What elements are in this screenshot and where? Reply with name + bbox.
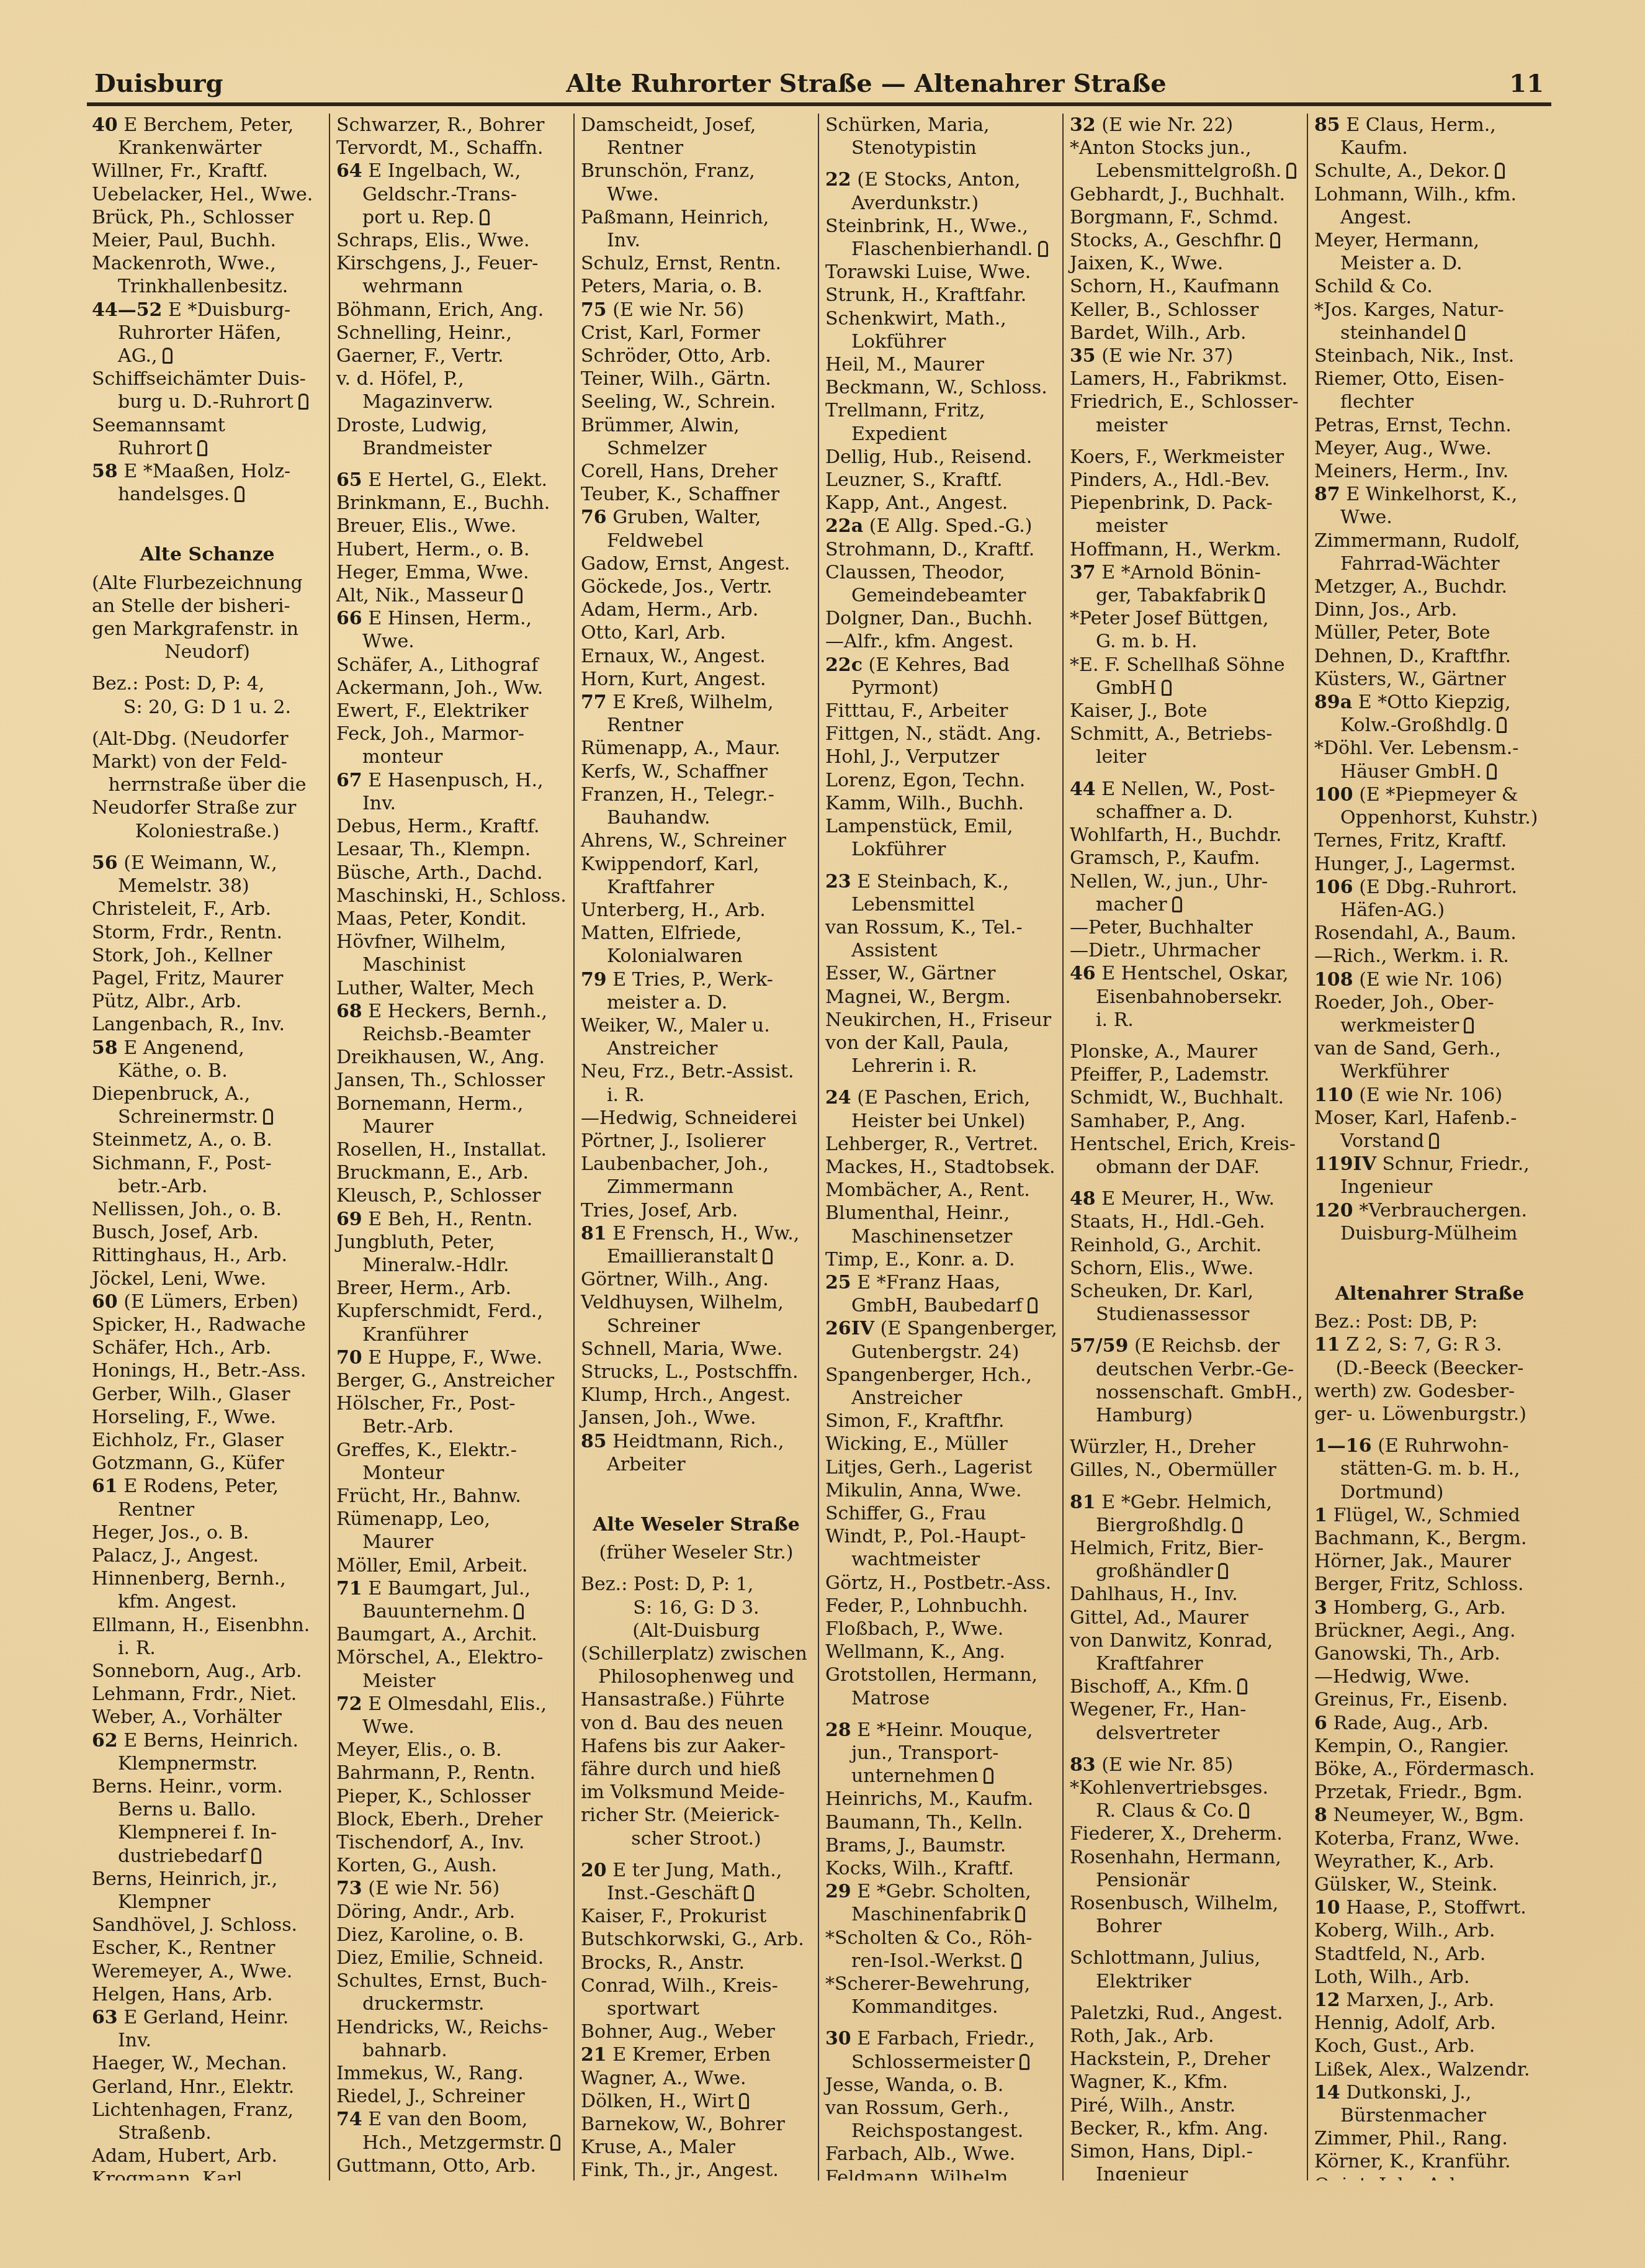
directory-entry-line: im Volksmund Meide- [581, 1781, 812, 1804]
directory-entry-line: Diez, Emilie, Schneid. [336, 1946, 567, 1969]
house-number: 85 [581, 1431, 607, 1452]
directory-entry-line: ger- u. Löwenburgstr.) [1314, 1403, 1545, 1426]
entry-text: Pütz, Albr., Arb. [92, 991, 241, 1012]
directory-entry-line: ren-Isol.-Werkst. [825, 1950, 1056, 1973]
entry-text: Maschinski, H., Schloss. [336, 885, 567, 907]
entry-text: Wwe. [1340, 506, 1392, 528]
entry-text: Reichspostangest. [851, 2120, 1023, 2142]
directory-entry-line: Rosellen, H., Installat. [336, 1138, 567, 1161]
directory-entry-line: Weyrather, K., Arb. [1314, 1850, 1545, 1873]
directory-entry-line: Helgen, Hans, Arb. [92, 1983, 323, 2006]
entry-text: Hennig, Adolf, Arb. [1314, 2012, 1496, 2034]
directory-entry-line: Hörner, Jak., Maurer [1314, 1550, 1545, 1573]
directory-entry-line: 6 Rade, Aug., Arb. [1314, 1712, 1545, 1735]
entry-text: Bruckmann, E., Arb. [336, 1162, 529, 1184]
directory-entry-line: Tries, Josef, Arb. [581, 1199, 812, 1222]
directory-entry-line: Kirschgens, J., Feuer- [336, 252, 567, 275]
entry-text: Sonneborn, Aug., Arb. [92, 1660, 302, 1682]
directory-entry-line: Hamburg) [1070, 1404, 1301, 1427]
entry-text: Diez, Emilie, Schneid. [336, 1947, 544, 1969]
entry-text: Dolgner, Dan., Buchh. [825, 608, 1033, 629]
entry-text: Jaixen, K., Wwe. [1070, 253, 1223, 274]
directory-entry-line: Fitttau, F., Arbeiter [825, 700, 1056, 722]
directory-entry-line: Feck, Joh., Marmor- [336, 722, 567, 745]
directory-entry-line: Rümenapp, Leo, [336, 1508, 567, 1531]
directory-entry-line: Trellmann, Fritz, [825, 399, 1056, 422]
entry-text: handelsges. [118, 484, 230, 505]
directory-entry-line: Kempin, O., Rangier. [1314, 1735, 1545, 1758]
directory-entry-line: Schnell, Maria, Wwe. [581, 1338, 812, 1361]
entry-text: Z 2, S: 7, G: R 3. [1340, 1334, 1502, 1356]
directory-entry-line: (Alte Flurbezeichnung [92, 572, 323, 595]
directory-entry-line: Torawski Luise, Wwe. [825, 261, 1056, 284]
telephone-bell-icon [1218, 1563, 1228, 1579]
entry-text: Kupferschmidt, Ferd., [336, 1300, 543, 1322]
directory-entry-line: *Kohlenvertriebsges. [1070, 1776, 1301, 1799]
directory-entry-line: Windt, P., Pol.-Haupt- [825, 1525, 1056, 1548]
directory-entry-line: (Schillerplatz) zwischen [581, 1642, 812, 1665]
entry-text: Dutkonski, J., [1340, 2082, 1472, 2104]
directory-entry-line: herrnstraße über die [92, 773, 323, 796]
entry-text: Bischoff, A., Kfm. [1070, 1676, 1232, 1698]
directory-entry-line: S: 20, G: D 1 u. 2. [92, 696, 323, 719]
entry-text: Feldwebel [607, 530, 704, 552]
entry-text: Petras, Ernst, Techn. [1314, 415, 1512, 436]
directory-entry-line: 65 E Hertel, G., Elekt. [336, 469, 567, 492]
entry-text: Frücht, Hr., Bahnw. [336, 1485, 521, 1507]
entry-text: Bardet, Wilh., Arb. [1070, 322, 1247, 344]
directory-entry-line: *E. F. Schellhaß Söhne [1070, 654, 1301, 677]
entry-text: (Alt-Dbg. (Neudorfer [92, 728, 289, 750]
entry-text: Kranführer [362, 1324, 468, 1346]
entry-text: Sandhövel, J. Schloss. [92, 1914, 297, 1936]
telephone-bell-icon [1232, 1517, 1242, 1533]
entry-text: Klump, Hrch., Angest. [581, 1384, 791, 1406]
directory-entry-line: Ternes, Fritz, Kraftf. [1314, 829, 1545, 852]
directory-entry-line: Gramsch, P., Kaufm. [1070, 847, 1301, 870]
house-number: 44 [1070, 778, 1096, 800]
entry-text: Guttmann, Otto, Arb. [336, 2155, 536, 2177]
entry-text: Debus, Herm., Kraftf. [336, 816, 539, 837]
directory-entry-line: 69 E Beh, H., Rentn. [336, 1208, 567, 1231]
directory-entry-line: unternehmen [825, 1765, 1056, 1788]
entry-text: gen Markgrafenstr. in [92, 618, 298, 640]
directory-entry-line: Schultes, Ernst, Buch- [336, 1969, 567, 1992]
house-number: 35 [1070, 345, 1096, 367]
entry-text: i. R. [118, 1637, 156, 1659]
directory-entry-line: Baumann, Th., Kelln. [825, 1811, 1056, 1834]
entry-text: E Hertel, G., Elekt. [362, 469, 547, 491]
directory-entry-line: van Rossum, Gerh., [825, 2097, 1056, 2120]
entry-text: kfm. Angest. [118, 1591, 237, 1613]
directory-entry-line: Kerfs, W., Schaffner [581, 760, 812, 783]
entry-text: Palacz, J., Angest. [92, 1545, 259, 1567]
entry-text: richer Str. (Meierick- [581, 1804, 779, 1826]
entry-text: Lamers, H., Fabrikmst. [1070, 368, 1288, 390]
entry-text: Ernaux, W., Angest. [581, 646, 766, 667]
entry-text: E Gerland, Heinr. [118, 2007, 289, 2028]
directory-entry-line: 81 E *Gebr. Helmich, [1070, 1491, 1301, 1514]
entry-text: Immekus, W., Rang. [336, 2063, 524, 2084]
entry-text: Jungbluth, Peter, [336, 1231, 495, 1253]
entry-text: Keller, B., Schlosser [1070, 299, 1258, 321]
house-number: 12 [1314, 1989, 1340, 2011]
directory-entry-line: Diez, Karoline, o. B. [336, 1924, 567, 1946]
directory-entry-line: Körner, K., Kranführ. [1314, 2150, 1545, 2173]
entry-text: Wicking, E., Müller [825, 1433, 1008, 1455]
entry-text: Pyrmont) [851, 677, 939, 699]
directory-entry-line: 73 (E wie Nr. 56) [336, 1877, 567, 1900]
house-number: 70 [336, 1347, 362, 1369]
directory-entry-line: 71 E Baumgart, Jul., [336, 1577, 567, 1600]
house-number: 29 [825, 1881, 851, 1902]
entry-text: Klempnermstr. [118, 1753, 258, 1775]
entry-text: Storm, Frdr., Rentn. [92, 922, 282, 943]
directory-entry-line: Teuber, K., Schaffner [581, 483, 812, 506]
directory-entry-line: meister [1070, 515, 1301, 538]
directory-entry-line: Meyer, Aug., Wwe. [1314, 437, 1545, 460]
directory-entry-line: Lehberger, R., Vertret. [825, 1133, 1056, 1156]
telephone-bell-icon [1237, 1678, 1247, 1694]
entry-text: E Kremer, Erben [607, 2044, 771, 2066]
entry-text: Tries, Josef, Arb. [581, 1200, 738, 1222]
entry-text: monteur [362, 746, 442, 768]
entry-text: *Scholten & Co., Röh- [825, 1927, 1032, 1949]
directory-entry-line: Inst.-Geschäft [581, 1882, 812, 1905]
directory-entry-line: Dreikhausen, W., Ang. [336, 1046, 567, 1069]
directory-entry-line: Emaillieranstalt [581, 1245, 812, 1268]
house-number: 57/59 [1070, 1335, 1128, 1357]
entry-text: Schulte, A., Dekor. [1314, 160, 1490, 182]
directory-entry-line: Frücht, Hr., Bahnw. [336, 1485, 567, 1508]
directory-entry-line: Pfeiffer, P., Lademstr. [1070, 1063, 1301, 1086]
entry-text: —Rich., Werkm. i. R. [1314, 945, 1509, 967]
directory-entry-line: Maschinski, H., Schloss. [336, 884, 567, 907]
directory-entry-line: Maas, Peter, Kondit. [336, 907, 567, 930]
entry-text: i. R. [607, 1084, 645, 1106]
entry-text: (E wie Nr. 22) [1096, 114, 1233, 136]
entry-text: Philosophenweg und [598, 1666, 794, 1688]
directory-entry-line: Wohlfarth, H., Buchdr. [1070, 824, 1301, 847]
entry-text: (E Ruhrwohn- [1372, 1435, 1509, 1457]
entry-text: Spangenberger, Hch., [825, 1364, 1032, 1386]
entry-text: Willner, Fr., Kraftf. [92, 160, 268, 182]
entry-text: Beckmann, W., Schloss. [825, 377, 1047, 398]
directory-entry-line: —Alfr., kfm. Angest. [825, 630, 1056, 653]
entry-text: Göckede, Jos., Vertr. [581, 576, 773, 598]
directory-entry-line: Horseling, F., Wwe. [92, 1406, 323, 1429]
entry-text: macher [1096, 894, 1167, 916]
directory-entry-line: Wwe. [336, 630, 567, 653]
entry-text: Hafens bis zur Aaker- [581, 1735, 786, 1757]
entry-text: Corell, Hans, Dreher [581, 461, 778, 482]
entry-text: Brocks, R., Anstr. [581, 1952, 745, 1974]
directory-entry-line: Block, Eberh., Dreher [336, 1808, 567, 1831]
telephone-bell-icon [1162, 680, 1172, 696]
directory-entry-line: Crist, Karl, Former [581, 322, 812, 344]
telephone-bell-icon [1239, 1802, 1249, 1819]
telephone-bell-icon [263, 1109, 273, 1125]
entry-text: Seeling, W., Schrein. [581, 391, 776, 413]
entry-text: Tischendorf, A., Inv. [336, 1832, 524, 1853]
entry-text: Reinhold, G., Archit. [1070, 1235, 1262, 1256]
entry-text: Mineralw.-Hdlr. [362, 1254, 509, 1276]
directory-entry-line: dustriebedarf [92, 1845, 323, 1868]
street-name: Alte Schanze [140, 544, 274, 565]
directory-entry-line: Beckmann, W., Schloss. [825, 376, 1056, 399]
directory-entry-line: 14 Dutkonski, J., [1314, 2081, 1545, 2104]
entry-text: Dahlhaus, H., Inv. [1070, 1583, 1238, 1605]
directory-entry-line: Koterba, Franz, Wwe. [1314, 1827, 1545, 1850]
house-number: 63 [92, 2007, 118, 2028]
entry-text: van de Sand, Gerh., [1314, 1038, 1501, 1060]
entry-text: Lißek, Alex., Walzendr. [1314, 2059, 1530, 2081]
entry-text: Plonske, A., Maurer [1070, 1041, 1257, 1063]
directory-entry-line: Rosendahl, A., Baum. [1314, 922, 1545, 945]
directory-entry-line: Maschinenfabrik [825, 1903, 1056, 1926]
directory-entry-line: Simon, Hans, Dipl.- [1070, 2140, 1301, 2163]
directory-entry-line: 85 Heidtmann, Rich., [581, 1430, 812, 1453]
telephone-bell-icon [1464, 1017, 1474, 1033]
entry-text: Schreinermstr. [118, 1106, 258, 1128]
entry-text: Weremeyer, A., Wwe. [92, 1961, 292, 1982]
house-number: 58 [92, 461, 118, 482]
directory-entry-line: jun., Transport- [825, 1742, 1056, 1765]
entry-text: Stocks, A., Geschfhr. [1070, 230, 1265, 251]
entry-text: Kraftfahrer [1096, 1653, 1203, 1675]
entry-text: Brückner, Aegi., Ang. [1314, 1620, 1515, 1642]
entry-text: Koch, Gust., Arb. [1314, 2035, 1475, 2057]
directory-entry-line: Schorn, Elis., Wwe. [1070, 1257, 1301, 1280]
entry-text: R. Claus & Co. [1096, 1800, 1234, 1822]
house-number: 26IV [825, 1318, 874, 1339]
entry-text: Magazinverw. [362, 391, 493, 413]
entry-text: Magnei, W., Bergm. [825, 986, 1011, 1008]
entry-text: (früher Weseler Str.) [599, 1542, 794, 1564]
entry-text: Kempin, O., Rangier. [1314, 1735, 1509, 1757]
house-number: 72 [336, 1693, 362, 1715]
house-number: 65 [336, 469, 362, 491]
directory-entry-line: leiter [1070, 745, 1301, 768]
directory-entry-line: Moser, Karl, Hafenb.- [1314, 1107, 1545, 1130]
directory-entry-line: AG., [92, 344, 323, 367]
directory-entry-line: Rosenbusch, Wilhelm, [1070, 1892, 1301, 1915]
directory-entry-line: Koch, Gust., Arb. [1314, 2035, 1545, 2058]
directory-entry-line: Pörtner, J., Isolierer [581, 1130, 812, 1153]
directory-entry-line: Feder, P., Lohnbuchh. [825, 1595, 1056, 1618]
directory-entry-line: *Peter Josef Büttgen, [1070, 607, 1301, 630]
entry-text: Mackenroth, Wwe., [92, 253, 276, 274]
directory-entry-line: Escher, K., Rentner [92, 1937, 323, 1960]
telephone-bell-icon [235, 486, 244, 502]
house-number: 14 [1314, 2082, 1340, 2104]
directory-entry-line: Steinbrink, H., Wwe., [825, 215, 1056, 238]
directory-entry-line: steinhandel [1314, 322, 1545, 344]
directory-entry-line: Reichsb.-Beamter [336, 1023, 567, 1046]
entry-text: Stadtfeld, N., Arb. [1314, 1943, 1486, 1965]
directory-entry-line: stätten-G. m. b. H., [1314, 1457, 1545, 1480]
entry-text: meister a. D. [607, 992, 727, 1014]
entry-text: Gotzmann, G., Küfer [92, 1452, 284, 1474]
directory-entry-line: Greffes, K., Elektr.- [336, 1439, 567, 1462]
directory-entry-line: Lokführer [825, 330, 1056, 353]
directory-entry-line: Guttmann, Otto, Arb. [336, 2154, 567, 2177]
entry-text: Reichsb.-Beamter [362, 1024, 531, 1045]
directory-entry-line: Wwe. [336, 1716, 567, 1739]
directory-entry-line: Ingenieur [1314, 1176, 1545, 1199]
entry-text: Lokführer [851, 839, 946, 860]
directory-entry-line: Wagner, A., Wwe. [581, 2067, 812, 2090]
entry-text: E *Maaßen, Holz- [118, 461, 290, 482]
directory-entry-line: Ackermann, Joh., Ww. [336, 677, 567, 700]
entry-text: Luther, Walter, Mech [336, 978, 534, 999]
entry-text: Häuser GmbH. [1340, 761, 1482, 783]
directory-entry-line: Nellen, W., jun., Uhr- [1070, 870, 1301, 893]
directory-entry-line: Rümenapp, A., Maur. [581, 737, 812, 760]
entry-text: E Heckers, Bernh., [362, 1001, 547, 1022]
entry-text: Stenotypistin [851, 137, 977, 159]
directory-entry-line: Meister [336, 1670, 567, 1693]
header-rule [87, 102, 1551, 106]
house-number: 83 [1070, 1754, 1096, 1776]
directory-entry-line: flechter [1314, 390, 1545, 413]
directory-entry-line: Kleusch, P., Schlosser [336, 1184, 567, 1207]
street-heading: Altenahrer Straße [1314, 1282, 1545, 1305]
directory-entry-line: Vorstand [1314, 1130, 1545, 1153]
entry-text: Schwarzer, R., Bohrer [336, 114, 544, 136]
directory-entry-line: Maurer [336, 1531, 567, 1554]
directory-entry-line: Pensionär [1070, 1869, 1301, 1892]
entry-text: Zimmer, Phil., Rang. [1314, 2128, 1508, 2149]
house-number: 108 [1314, 969, 1353, 991]
house-number: 81 [581, 1223, 607, 1244]
entry-text: Pfeiffer, P., Lademstr. [1070, 1064, 1270, 1086]
street-heading: Alte Schanze [92, 543, 323, 566]
house-number: 87 [1314, 484, 1340, 505]
entry-text: Breer, Herm., Arb. [336, 1277, 511, 1299]
entry-text: Brandmeister [362, 438, 491, 459]
directory-entry-line: Bauhandw. [581, 806, 812, 829]
directory-entry-line: Koloniestraße.) [92, 820, 323, 843]
entry-text: E Baumgart, Jul., [362, 1578, 531, 1600]
directory-entry-line: Duisburg-Mülheim [1314, 1222, 1545, 1245]
directory-entry-line: Zimmermann [581, 1176, 812, 1199]
directory-entry-line: *Döhl. Ver. Lebensm.- [1314, 737, 1545, 760]
house-number: 20 [581, 1860, 607, 1881]
house-number: 30 [825, 2028, 851, 2050]
directory-entry-line: Schulz, Ernst, Rentn. [581, 252, 812, 275]
entry-text: Dellig, Hub., Reisend. [825, 446, 1032, 468]
directory-entry-line: Willner, Fr., Kraftf. [92, 160, 323, 182]
entry-text: jun., Transport- [851, 1742, 998, 1764]
entry-text: Greinus, Fr., Eisenb. [1314, 1689, 1508, 1711]
directory-entry-line: v. d. Höfel, P., [336, 367, 567, 390]
directory-entry-line: monteur [336, 745, 567, 768]
entry-text: *Jos. Karges, Natur- [1314, 299, 1504, 321]
entry-text: Barnekow, W., Bohrer [581, 2113, 785, 2135]
directory-entry-line: Diepenbruck, A., [92, 1082, 323, 1105]
house-number: 11 [1314, 1334, 1340, 1356]
entry-text: Fiederer, X., Dreherm. [1070, 1823, 1283, 1845]
directory-entry-line: Philosophenweg und [581, 1665, 812, 1688]
directory-entry-line: Mackenroth, Wwe., [92, 252, 323, 275]
directory-entry-line: Bornemann, Herm., [336, 1092, 567, 1115]
directory-entry-line: Kommanditges. [825, 1996, 1056, 2018]
entry-text: Esser, W., Gärtner [825, 963, 995, 984]
directory-entry-line: Grotstollen, Hermann, [825, 1663, 1056, 1686]
entry-text: Kleusch, P., Schlosser [336, 1185, 541, 1207]
entry-text: Bohner, Aug., Weber [581, 2021, 775, 2043]
directory-entry-line: 106 (E Dbg.-Ruhrort. [1314, 876, 1545, 899]
entry-text: Neudorf) [164, 641, 250, 663]
entry-text: Jansen, Th., Schlosser [336, 1069, 545, 1091]
entry-text: Teiner, Wilh., Gärtn. [581, 368, 771, 390]
house-number: 32 [1070, 114, 1096, 136]
directory-entry-line: GmbH, Baubedarf [825, 1294, 1056, 1317]
entry-text: Monteur [362, 1462, 444, 1484]
street-heading: Alte Weseler Straße [581, 1513, 812, 1536]
directory-entry-line: Büsche, Arth., Dachd. [336, 862, 567, 884]
directory-entry-line: Stocks, A., Geschfhr. [1070, 229, 1301, 252]
house-number: 22c [825, 654, 863, 676]
directory-entry-line: richer Str. (Meierick- [581, 1804, 812, 1827]
directory-entry-line: 46 E Hentschel, Oskar, [1070, 962, 1301, 985]
directory-entry-line: Memelstr. 38) [92, 875, 323, 898]
entry-text: Expedient [851, 423, 947, 445]
entry-text: Maas, Peter, Kondit. [336, 908, 527, 930]
entry-text: E *Otto Kiepzig, [1352, 691, 1510, 713]
directory-entry-line: Kranführer [336, 1323, 567, 1346]
entry-text: Weyrather, K., Arb. [1314, 1851, 1494, 1873]
entry-text: E Claus, Herm., [1340, 114, 1496, 136]
entry-text: Horn, Kurt, Angest. [581, 668, 766, 690]
column-5: 32 (E wie Nr. 22)*Anton Stocks jun.,Lebe… [1062, 114, 1307, 2180]
directory-entry-line: Fink, Th., jr., Angest. [581, 2159, 812, 2180]
directory-entry-line: druckermstr. [336, 1992, 567, 2015]
entry-text: Moser, Karl, Hafenb.- [1314, 1107, 1517, 1129]
directory-entry-line: Eichholz, Fr., Glaser [92, 1429, 323, 1452]
directory-entry-line: Ingenieur [1070, 2163, 1301, 2180]
entry-text: Koberg, Wilh., Arb. [1314, 1920, 1495, 1942]
directory-entry-line: Hendricks, W., Reichs- [336, 2016, 567, 2039]
entry-text: Schmelzer [607, 438, 706, 459]
directory-entry-line: obmann der DAF. [1070, 1156, 1301, 1179]
house-number: 62 [92, 1730, 118, 1752]
house-number: 75 [581, 299, 607, 321]
entry-text: deutschen Verbr.-Ge- [1096, 1359, 1294, 1380]
entry-text: Adam, Hubert, Arb. [92, 2145, 277, 2167]
entry-text: (E Weimann, W., [118, 852, 277, 874]
directory-entry-line: 79 E Tries, P., Werk- [581, 968, 812, 991]
entry-text: *Peter Josef Büttgen, [1070, 608, 1268, 629]
directory-entry-line: Busch, Josef, Arb. [92, 1221, 323, 1244]
directory-entry-line: Droste, Ludwig, [336, 414, 567, 437]
directory-entry-line: 35 (E wie Nr. 37) [1070, 344, 1301, 367]
entry-text: Berger, Fritz, Schloss. [1314, 1573, 1524, 1595]
entry-text: Schürken, Maria, [825, 114, 990, 136]
directory-entry-line: Ruhrorter Häfen, [92, 322, 323, 344]
entry-text: betr.-Arb. [118, 1176, 207, 1197]
entry-text: Helgen, Hans, Arb. [92, 1984, 272, 2005]
directory-entry-line: Meier, Paul, Buchh. [92, 229, 323, 252]
entry-text: Assistent [851, 940, 938, 961]
directory-entry-line: R. Claus & Co. [1070, 1799, 1301, 1822]
entry-text: Gadow, Ernst, Angest. [581, 553, 790, 575]
entry-text: Diez, Karoline, o. B. [336, 1924, 524, 1946]
directory-entry-line: Claussen, Theodor, [825, 561, 1056, 584]
entry-text: Kirschgens, J., Feuer- [336, 253, 538, 274]
house-number: 119IV [1314, 1153, 1376, 1175]
